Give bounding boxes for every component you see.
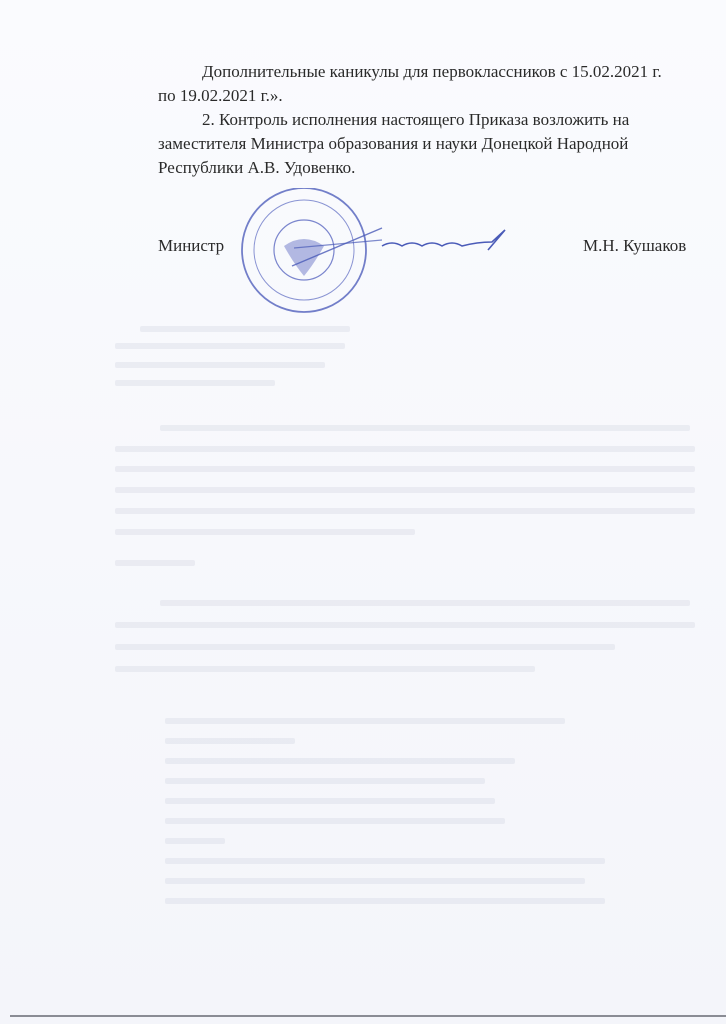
official-stamp-icon [232, 188, 392, 318]
bleed-through-text [165, 878, 585, 884]
bleed-through-text [115, 466, 695, 472]
paragraph-line: Дополнительные каникулы для первоклассни… [202, 60, 662, 84]
bleed-through-text [115, 644, 615, 650]
paragraph-line: по 19.02.2021 г.». [158, 84, 283, 108]
bleed-through-text [165, 898, 605, 904]
bleed-through-text [160, 425, 690, 431]
bleed-through-text [165, 818, 505, 824]
bleed-through-text [115, 487, 695, 493]
paragraph-line: 2. Контроль исполнения настоящего Приказ… [202, 108, 629, 132]
bleed-through-text [165, 838, 225, 844]
bleed-through-text [115, 446, 695, 452]
document-page: Дополнительные каникулы для первоклассни… [0, 0, 726, 1024]
bleed-through-text [140, 326, 350, 332]
bleed-through-text [165, 718, 565, 724]
bleed-through-text [115, 362, 325, 368]
bleed-through-text [165, 738, 295, 744]
bleed-through-text [165, 798, 495, 804]
bleed-through-text [165, 758, 515, 764]
bleed-through-text [115, 380, 275, 386]
bleed-through-text [165, 778, 485, 784]
bleed-through-text [115, 560, 195, 566]
bleed-through-text [115, 666, 535, 672]
signature-icon [380, 226, 510, 256]
bleed-through-text [165, 858, 605, 864]
bleed-through-text [115, 622, 695, 628]
bleed-through-text [115, 343, 345, 349]
page-edge-line [10, 1015, 726, 1017]
signatory-title: Министр [158, 234, 224, 258]
signatory-name: М.Н. Кушаков [583, 234, 686, 258]
paragraph-line: Республики А.В. Удовенко. [158, 156, 355, 180]
bleed-through-text [160, 600, 690, 606]
bleed-through-text [115, 529, 415, 535]
bleed-through-text [115, 508, 695, 514]
paragraph-line: заместителя Министра образования и науки… [158, 132, 628, 156]
